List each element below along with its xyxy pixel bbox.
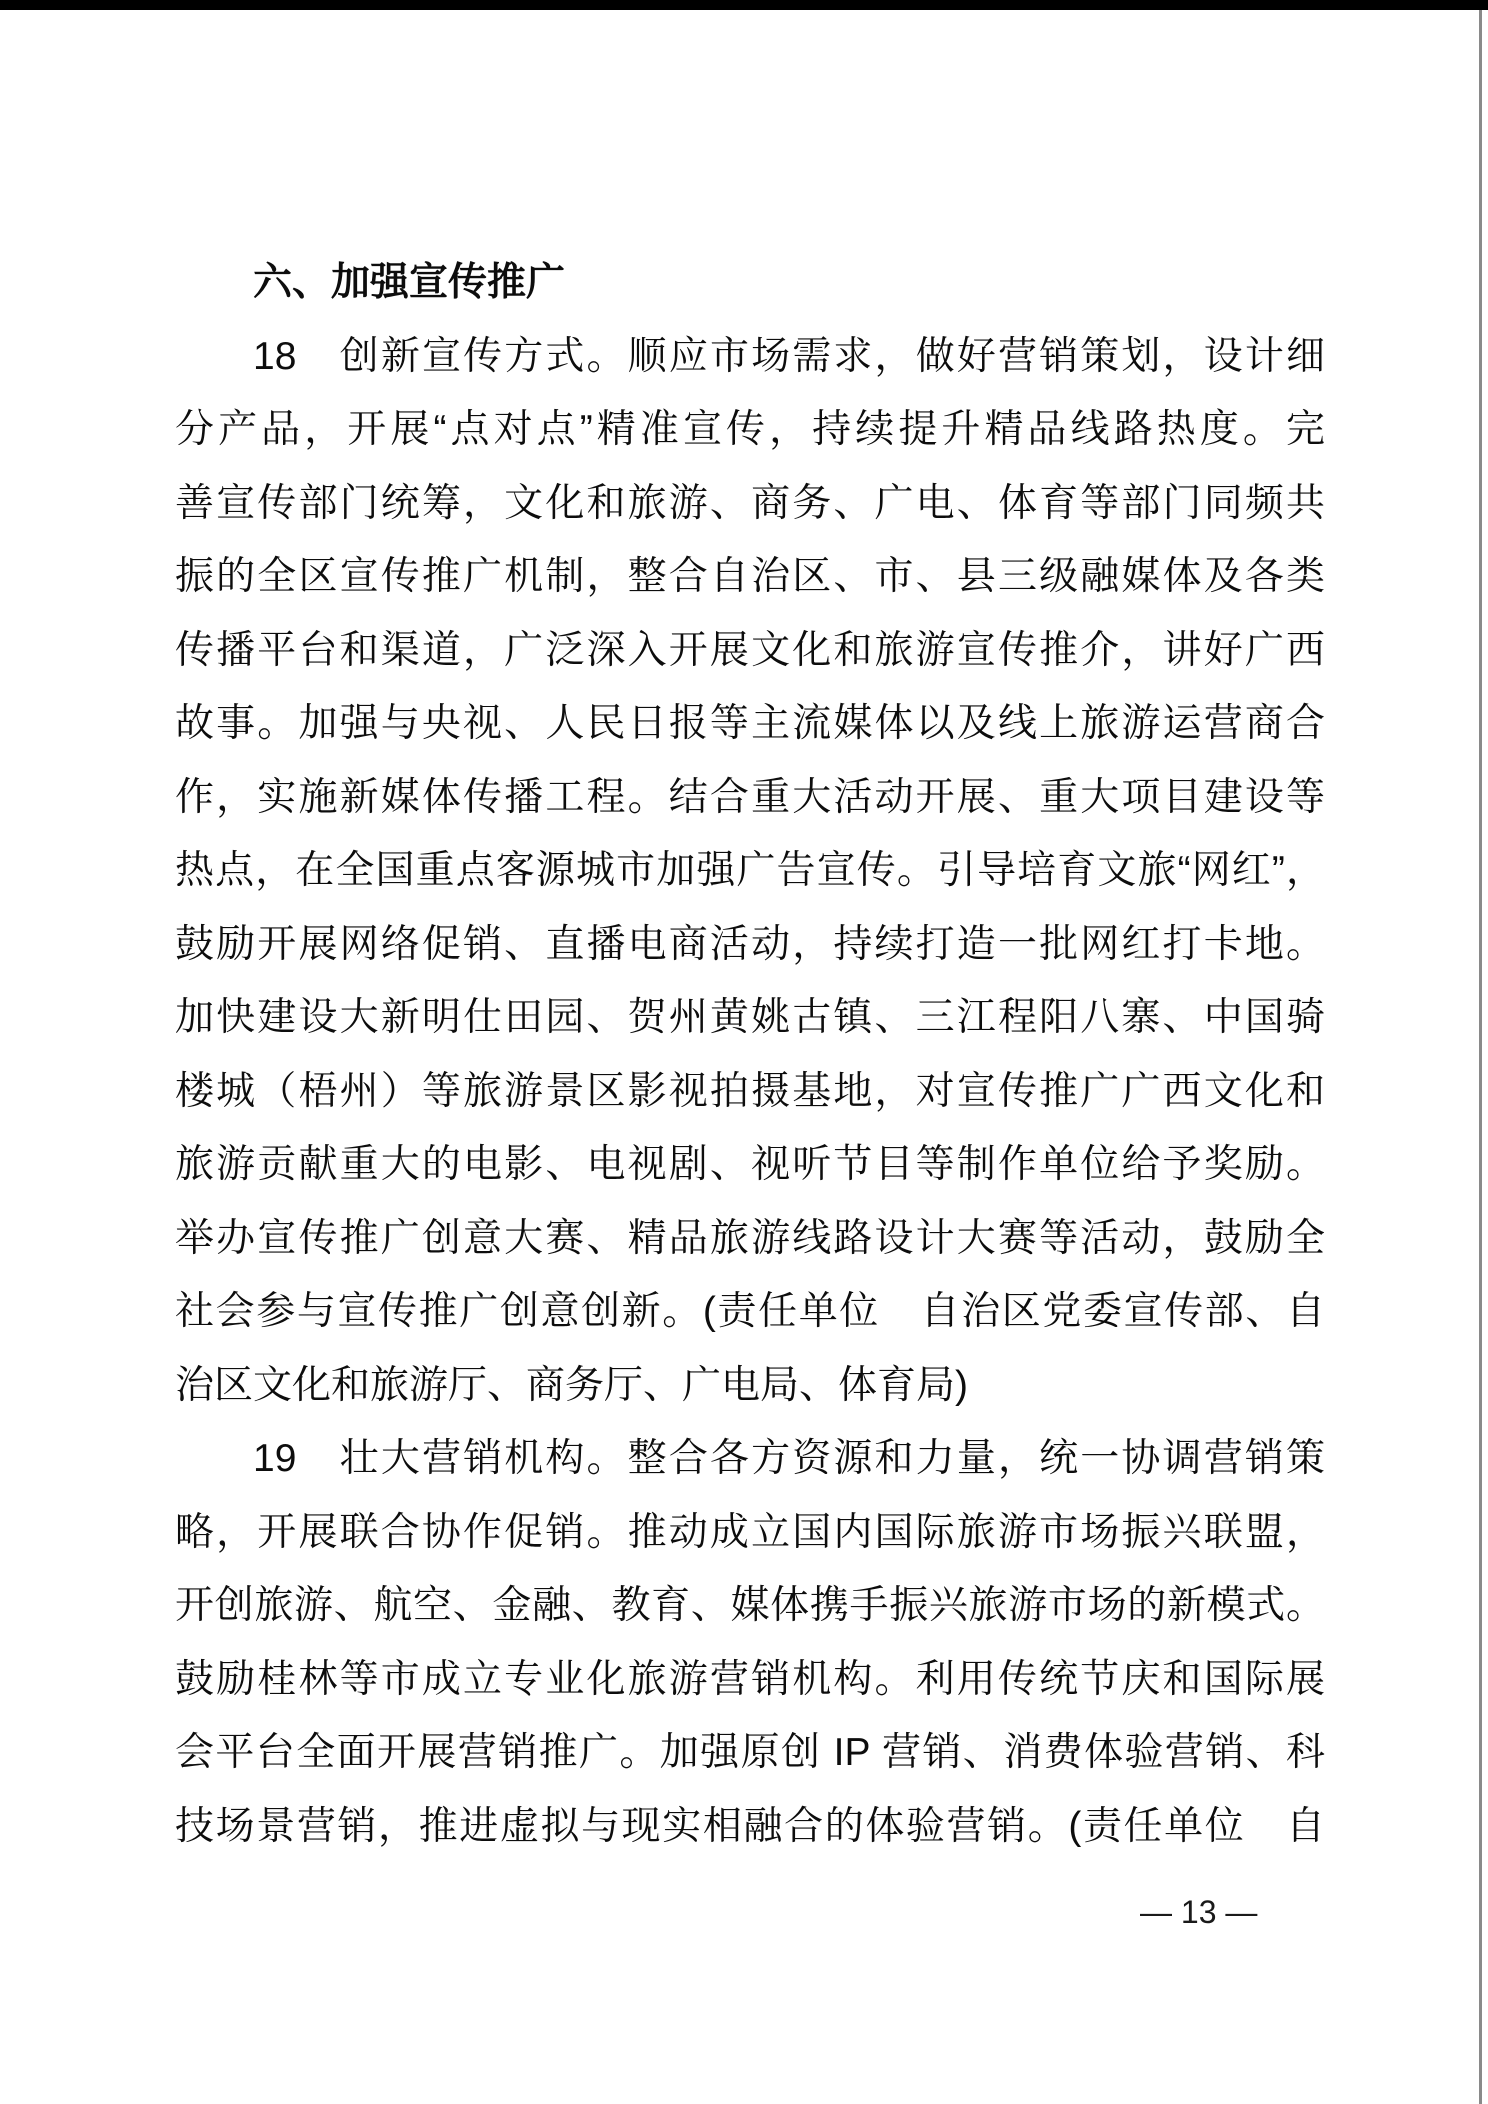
text-line: 18 创新宣传方式。顺应市场需求，做好营销策划，设计细 (175, 320, 1325, 394)
text-line: 社会参与宣传推广创意创新。(责任单位 自治区党委宣传部、自 (175, 1275, 1325, 1349)
page-number: — 13 — (1140, 1892, 1257, 1932)
text-line: 技场景营销，推进虚拟与现实相融合的体验营销。(责任单位 自 (175, 1790, 1325, 1864)
scan-edge-right (1479, 10, 1482, 2104)
text-line: 鼓励开展网络促销、直播电商活动，持续打造一批网红打卡地。 (175, 908, 1325, 982)
text-line: 作，实施新媒体传播工程。结合重大活动开展、重大项目建设等 (175, 761, 1325, 835)
document-body: 六、加强宣传推广18 创新宣传方式。顺应市场需求，做好营销策划，设计细分产品，开… (175, 246, 1325, 1863)
text-line: 加快建设大新明仕田园、贺州黄姚古镇、三江程阳八寨、中国骑 (175, 981, 1325, 1055)
text-line: 故事。加强与央视、人民日报等主流媒体以及线上旅游运营商合 (175, 687, 1325, 761)
scan-edge-top (0, 0, 1488, 10)
text-line: 分产品，开展“点对点”精准宣传，持续提升精品线路热度。完 (175, 393, 1325, 467)
text-line: 善宣传部门统筹，文化和旅游、商务、广电、体育等部门同频共 (175, 467, 1325, 541)
text-line: 治区文化和旅游厅、商务厅、广电局、体育局) (175, 1349, 1325, 1423)
text-line: 19 壮大营销机构。整合各方资源和力量，统一协调营销策 (175, 1422, 1325, 1496)
section-heading: 六、加强宣传推广 (175, 246, 1325, 320)
text-line: 热点，在全国重点客源城市加强广告宣传。引导培育文旅“网红”， (175, 834, 1325, 908)
text-line: 会平台全面开展营销推广。加强原创 IP 营销、消费体验营销、科 (175, 1716, 1325, 1790)
text-line: 开创旅游、航空、金融、教育、媒体携手振兴旅游市场的新模式。 (175, 1569, 1325, 1643)
text-line: 鼓励桂林等市成立专业化旅游营销机构。利用传统节庆和国际展 (175, 1643, 1325, 1717)
text-line: 略，开展联合协作促销。推动成立国内国际旅游市场振兴联盟， (175, 1496, 1325, 1570)
text-line: 传播平台和渠道，广泛深入开展文化和旅游宣传推介，讲好广西 (175, 614, 1325, 688)
text-line: 旅游贡献重大的电影、电视剧、视听节目等制作单位给予奖励。 (175, 1128, 1325, 1202)
text-line: 举办宣传推广创意大赛、精品旅游线路设计大赛等活动，鼓励全 (175, 1202, 1325, 1276)
text-line: 振的全区宣传推广机制，整合自治区、市、县三级融媒体及各类 (175, 540, 1325, 614)
document-page: 六、加强宣传推广18 创新宣传方式。顺应市场需求，做好营销策划，设计细分产品，开… (0, 0, 1488, 2104)
text-line: 楼城（梧州）等旅游景区影视拍摄基地，对宣传推广广西文化和 (175, 1055, 1325, 1129)
